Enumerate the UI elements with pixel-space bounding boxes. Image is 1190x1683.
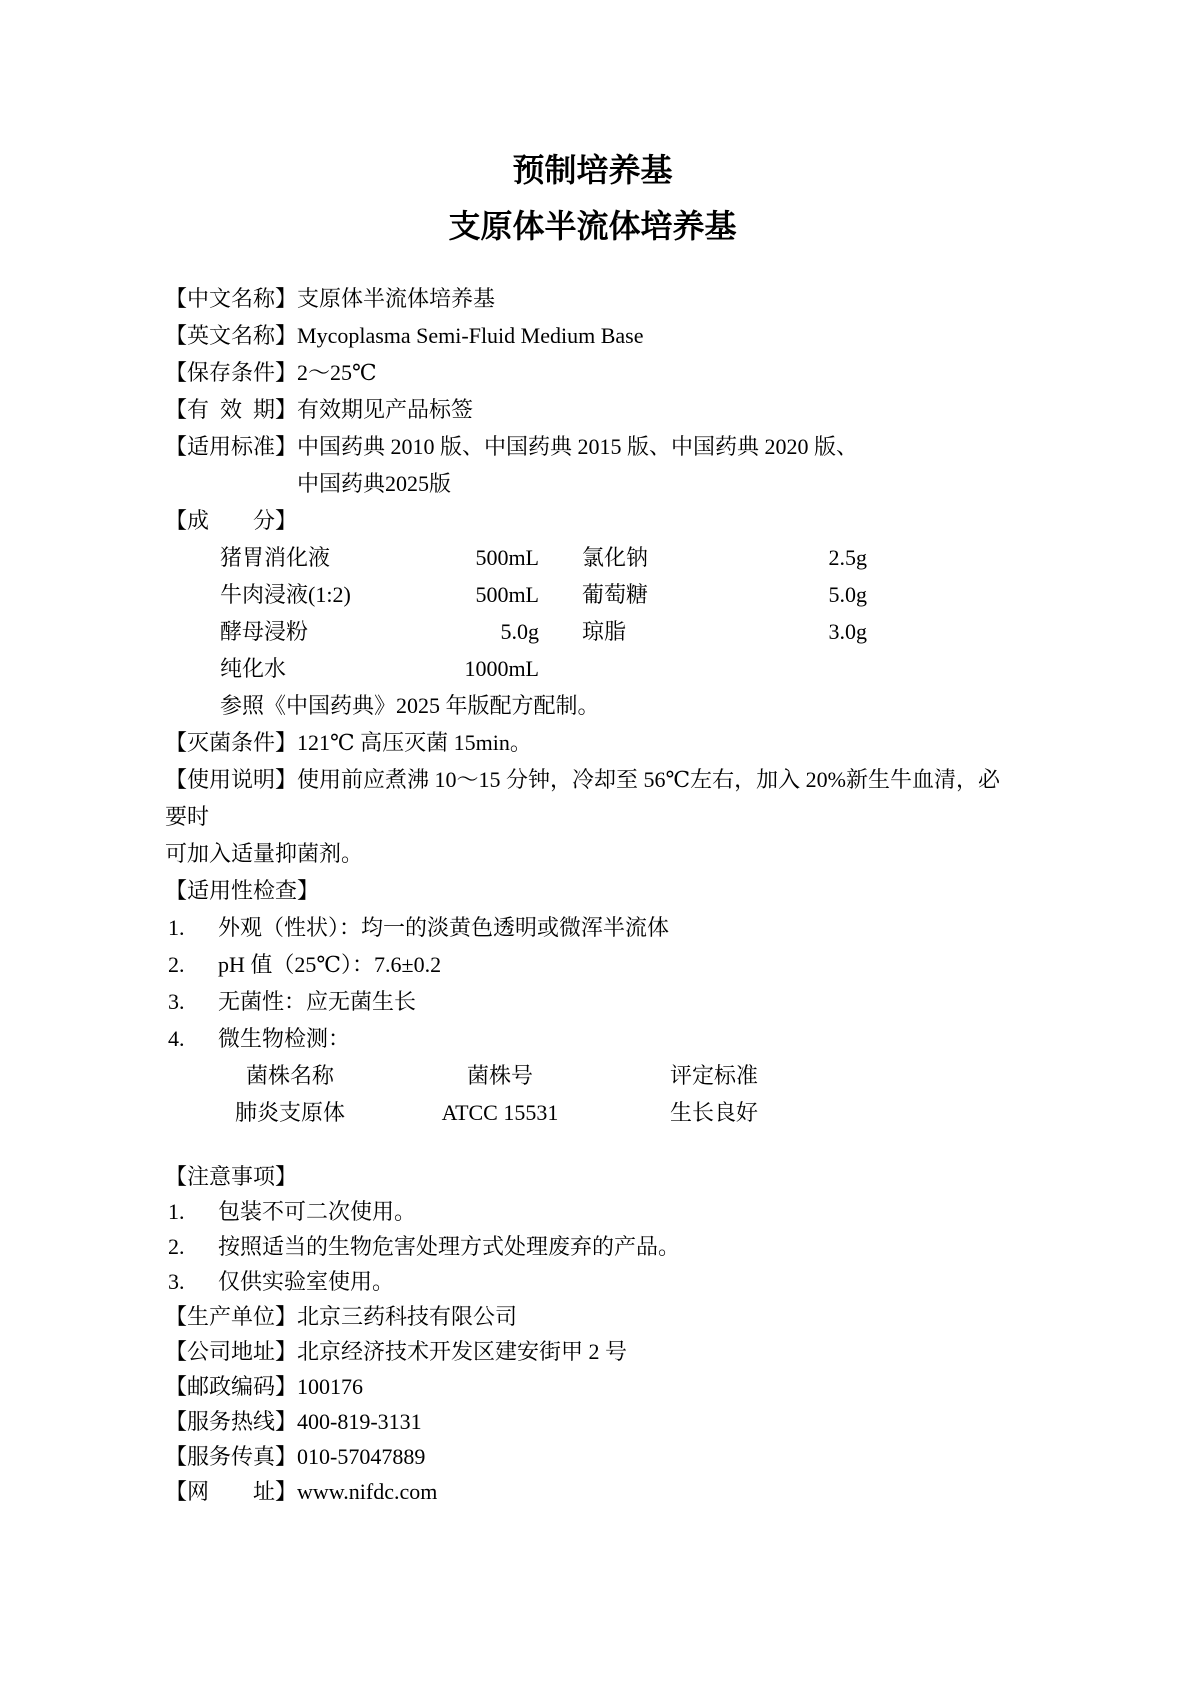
- strain-id: ATCC 15531: [415, 1094, 585, 1131]
- notes-heading: 【注意事项】: [165, 1159, 1020, 1194]
- field-row-fax: 【服务传真】 010-57047889: [165, 1439, 1020, 1474]
- strain-result: 生长良好: [670, 1094, 1020, 1131]
- field-label: 【中文名称】: [165, 280, 297, 317]
- field-value: 北京经济技术开发区建安街甲 2 号: [297, 1334, 1020, 1369]
- gap-cell: [539, 576, 582, 613]
- ingredient-amount: 5.0g: [385, 613, 539, 650]
- ingredient-name: 琼脂: [582, 613, 742, 650]
- field-label: 【网 址】: [165, 1474, 297, 1509]
- ingredient-name: 牛肉浸液(1:2): [220, 576, 385, 613]
- field-row-hotline: 【服务热线】 400-819-3131: [165, 1404, 1020, 1439]
- indent-cell: [165, 613, 220, 650]
- item-text: 按照适当的生物危害处理方式处理废弃的产品。: [218, 1229, 1020, 1264]
- field-label: 【有 效 期】: [165, 391, 297, 428]
- note-item: 3. 仅供实验室使用。: [165, 1264, 1020, 1299]
- ingredient-amount: 2.5g: [742, 539, 867, 576]
- notes-and-contact-section: 【注意事项】 1. 包装不可二次使用。 2. 按照适当的生物危害处理方式处理废弃…: [165, 1159, 1020, 1509]
- item-text: 外观（性状）：均一的淡黄色透明或微浑半流体: [218, 909, 1020, 946]
- item-number: 2.: [168, 946, 218, 983]
- suitability-item: 1. 外观（性状）：均一的淡黄色透明或微浑半流体: [165, 909, 1020, 946]
- fields-section: 【中文名称】 支原体半流体培养基 【英文名称】 Mycoplasma Semi-…: [165, 280, 1020, 1509]
- field-label: 【使用说明】: [165, 767, 297, 792]
- item-number: 1.: [168, 1194, 218, 1229]
- ingredient-name: 葡萄糖: [582, 576, 742, 613]
- field-row-storage: 【保存条件】 2～25℃: [165, 354, 1020, 391]
- field-value: www.nifdc.com: [297, 1474, 1020, 1509]
- indent-cell: [165, 576, 220, 613]
- field-row-chinese-name: 【中文名称】 支原体半流体培养基: [165, 280, 1020, 317]
- field-row-english-name: 【英文名称】 Mycoplasma Semi-Fluid Medium Base: [165, 317, 1020, 354]
- item-number: 1.: [168, 909, 218, 946]
- ingredient-name: 氯化钠: [582, 539, 742, 576]
- gap-cell: [539, 613, 582, 650]
- item-text: 仅供实验室使用。: [218, 1264, 1020, 1299]
- field-value: Mycoplasma Semi-Fluid Medium Base: [297, 317, 1020, 354]
- field-label: 【服务热线】: [165, 1404, 297, 1439]
- ingredient-name: 猪胃消化液: [220, 539, 385, 576]
- item-number: 3.: [168, 983, 218, 1020]
- title-spacer: [165, 190, 1020, 206]
- composition-note: 参照《中国药典》2025 年版配方配制。: [165, 687, 1020, 724]
- strain-table: 菌株名称 菌株号 评定标准 肺炎支原体 ATCC 15531 生长良好: [165, 1057, 1020, 1131]
- field-value: 121℃ 高压灭菌 15min。: [297, 724, 1020, 761]
- field-value: 有效期见产品标签: [297, 391, 1020, 428]
- field-value: 400-819-3131: [297, 1404, 1020, 1439]
- composition-heading: 【成 分】: [165, 502, 1020, 539]
- field-label: 【英文名称】: [165, 317, 297, 354]
- gap-cell: [585, 1094, 670, 1131]
- doc-title-line1: 预制培养基: [165, 150, 1020, 190]
- item-number: 2.: [168, 1229, 218, 1264]
- gap-cell: [539, 539, 582, 576]
- ingredient-amount: [742, 650, 867, 687]
- item-number: 3.: [168, 1264, 218, 1299]
- item-text: 无菌性：应无菌生长: [218, 983, 1020, 1020]
- strain-table-header: 评定标准: [670, 1057, 1020, 1094]
- doc-title-line2: 支原体半流体培养基: [165, 206, 1020, 246]
- ingredient-amount: 3.0g: [742, 613, 867, 650]
- suitability-item: 2. pH 值（25℃）：7.6±0.2: [165, 946, 1020, 983]
- ingredient-name: 纯化水: [220, 650, 385, 687]
- field-row-postcode: 【邮政编码】 100176: [165, 1369, 1020, 1404]
- ingredient-name: [582, 650, 742, 687]
- suitability-item: 3. 无菌性：应无菌生长: [165, 983, 1020, 1020]
- ingredient-name: 酵母浸粉: [220, 613, 385, 650]
- field-value: 中国药典 2010 版、中国药典 2015 版、中国药典 2020 版、 中国药…: [297, 428, 1020, 502]
- strain-table-header: 菌株号: [415, 1057, 585, 1094]
- field-row-sterilization: 【灭菌条件】 121℃ 高压灭菌 15min。: [165, 724, 1020, 761]
- field-label: 【保存条件】: [165, 354, 297, 391]
- field-label: 【适用标准】: [165, 428, 297, 502]
- note-item: 2. 按照适当的生物危害处理方式处理废弃的产品。: [165, 1229, 1020, 1264]
- field-label: 【公司地址】: [165, 1334, 297, 1369]
- item-text: 包装不可二次使用。: [218, 1194, 1020, 1229]
- field-value: 支原体半流体培养基: [297, 280, 1020, 317]
- strain-name: 肺炎支原体: [165, 1094, 415, 1131]
- note-item: 1. 包装不可二次使用。: [165, 1194, 1020, 1229]
- indent-cell: [165, 650, 220, 687]
- suitability-item: 4. 微生物检测：: [165, 1020, 1020, 1057]
- ingredient-amount: 500mL: [385, 576, 539, 613]
- field-value: 100176: [297, 1369, 1020, 1404]
- field-row-manufacturer: 【生产单位】 北京三药科技有限公司: [165, 1299, 1020, 1334]
- suitability-heading: 【适用性检查】: [165, 872, 1020, 909]
- composition-table: 猪胃消化液 500mL 氯化钠 2.5g 牛肉浸液(1:2) 500mL 葡萄糖…: [165, 539, 1020, 687]
- field-value: 2～25℃: [297, 354, 1020, 391]
- field-row-address: 【公司地址】 北京经济技术开发区建安街甲 2 号: [165, 1334, 1020, 1369]
- indent-cell: [165, 539, 220, 576]
- field-value: 010-57047889: [297, 1439, 1020, 1474]
- usage-paragraph: 【使用说明】使用前应煮沸 10～15 分钟，冷却至 56℃左右，加入 20%新生…: [165, 761, 1020, 872]
- strain-table-header: 菌株名称: [165, 1057, 415, 1094]
- item-number: 4.: [168, 1020, 218, 1057]
- gap-cell: [585, 1057, 670, 1094]
- field-label: 【邮政编码】: [165, 1369, 297, 1404]
- ingredient-amount: 5.0g: [742, 576, 867, 613]
- ingredient-amount: 1000mL: [385, 650, 539, 687]
- field-label: 【生产单位】: [165, 1299, 297, 1334]
- field-row-shelf-life: 【有 效 期】 有效期见产品标签: [165, 391, 1020, 428]
- field-label: 【服务传真】: [165, 1439, 297, 1474]
- field-label: 【灭菌条件】: [165, 724, 297, 761]
- field-row-standards: 【适用标准】 中国药典 2010 版、中国药典 2015 版、中国药典 2020…: [165, 428, 1020, 502]
- document-page: 预制培养基 支原体半流体培养基 【中文名称】 支原体半流体培养基 【英文名称】 …: [0, 0, 1190, 1683]
- field-value: 北京三药科技有限公司: [297, 1299, 1020, 1334]
- item-text: pH 值（25℃）：7.6±0.2: [218, 946, 1020, 983]
- gap-cell: [539, 650, 582, 687]
- item-text: 微生物检测：: [218, 1020, 1020, 1057]
- ingredient-amount: 500mL: [385, 539, 539, 576]
- field-row-website: 【网 址】 www.nifdc.com: [165, 1474, 1020, 1509]
